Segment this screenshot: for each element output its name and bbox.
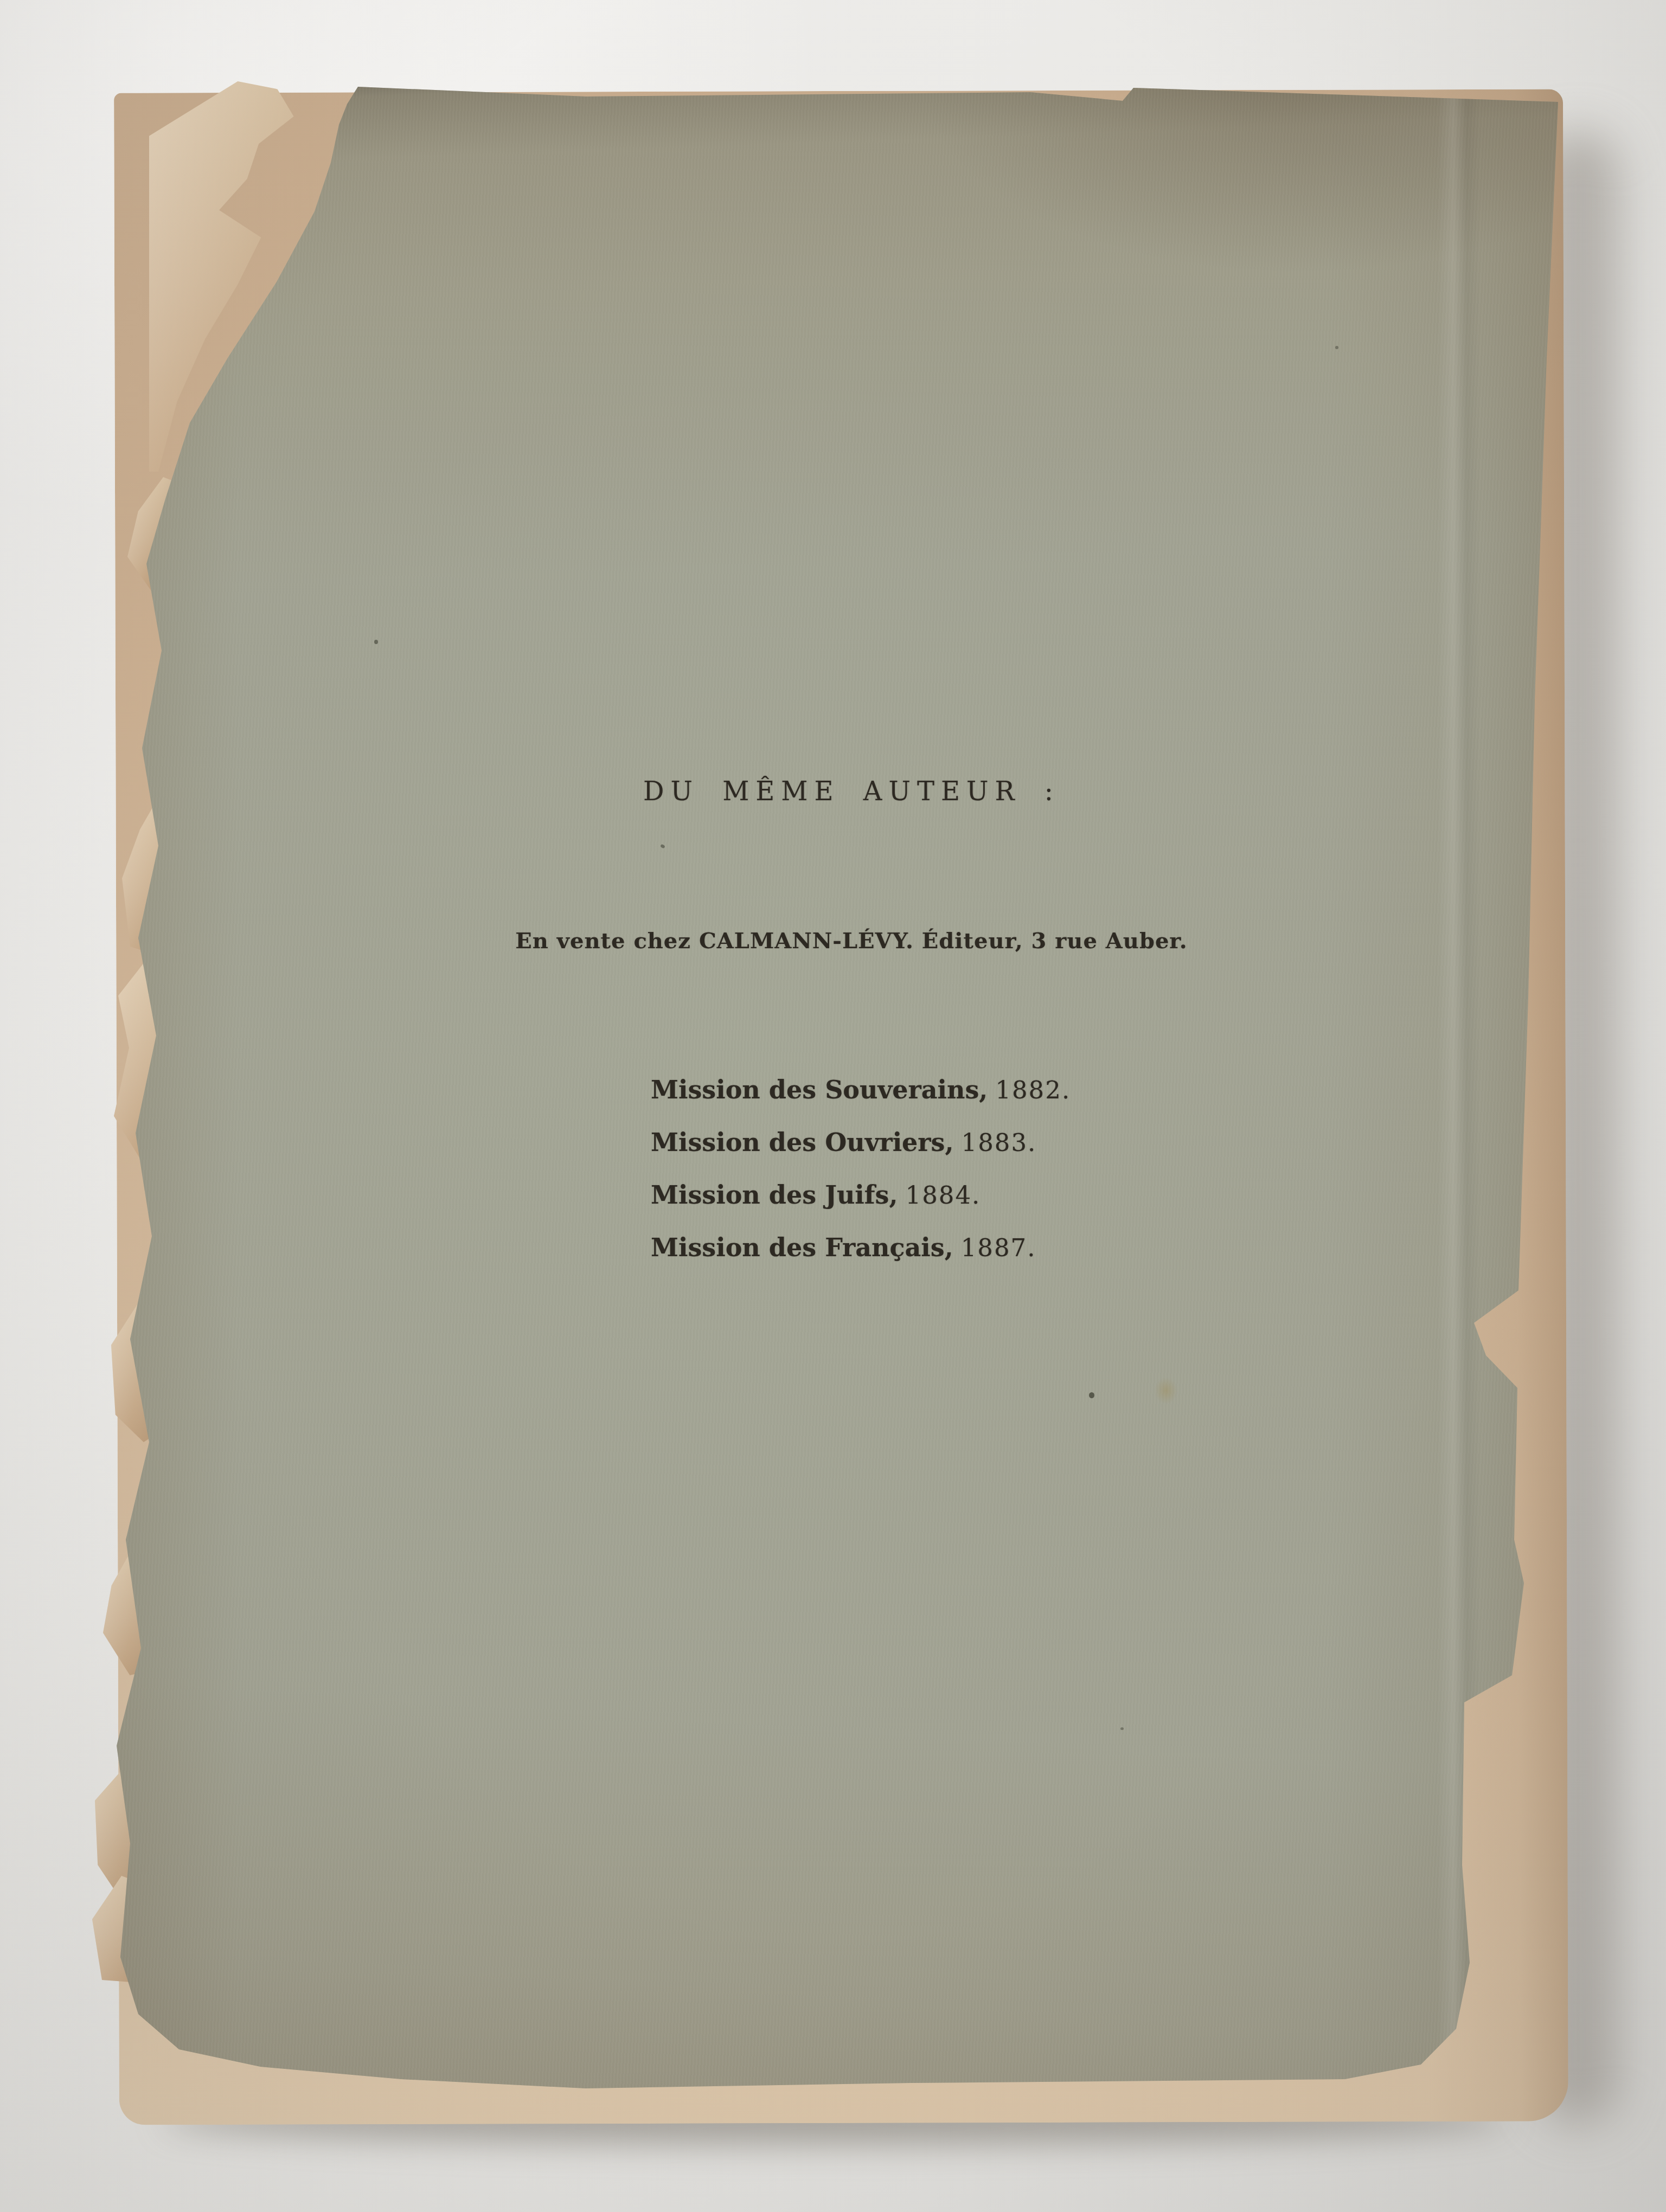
- publisher-line: En vente chez CALMANN-LÉVY. Éditeur, 3 r…: [141, 928, 1562, 954]
- age-speck: [374, 640, 378, 644]
- book-year: 1883.: [962, 1128, 1037, 1157]
- photo-scene: DU MÊME AUTEUR : En vente chez CALMANN-L…: [0, 0, 1666, 2212]
- book-list-item: Mission des Juifs,1884.: [651, 1169, 1071, 1221]
- book-title: Mission des Souverains,: [651, 1075, 988, 1104]
- book-year: 1887.: [961, 1233, 1036, 1262]
- book-list-item: Mission des Ouvriers,1883.: [651, 1116, 1071, 1169]
- book-title: Mission des Ouvriers,: [651, 1128, 954, 1157]
- book-list: Mission des Souverains,1882. Mission des…: [651, 1064, 1071, 1274]
- age-speck: [660, 844, 665, 848]
- book-list-item: Mission des Souverains,1882.: [651, 1064, 1071, 1116]
- book-list-item: Mission des Français,1887.: [651, 1221, 1071, 1274]
- book-title: Mission des Juifs,: [651, 1180, 898, 1210]
- book-year: 1882.: [995, 1076, 1071, 1104]
- age-speck: [1335, 346, 1338, 349]
- age-stain: [1150, 1372, 1182, 1410]
- book-page: DU MÊME AUTEUR : En vente chez CALMANN-L…: [98, 76, 1562, 2120]
- book-title: Mission des Français,: [651, 1233, 953, 1262]
- age-speck: [1120, 1727, 1124, 1730]
- book-year: 1884.: [906, 1181, 981, 1210]
- page-heading: DU MÊME AUTEUR :: [141, 776, 1562, 807]
- age-speck: [1089, 1392, 1094, 1398]
